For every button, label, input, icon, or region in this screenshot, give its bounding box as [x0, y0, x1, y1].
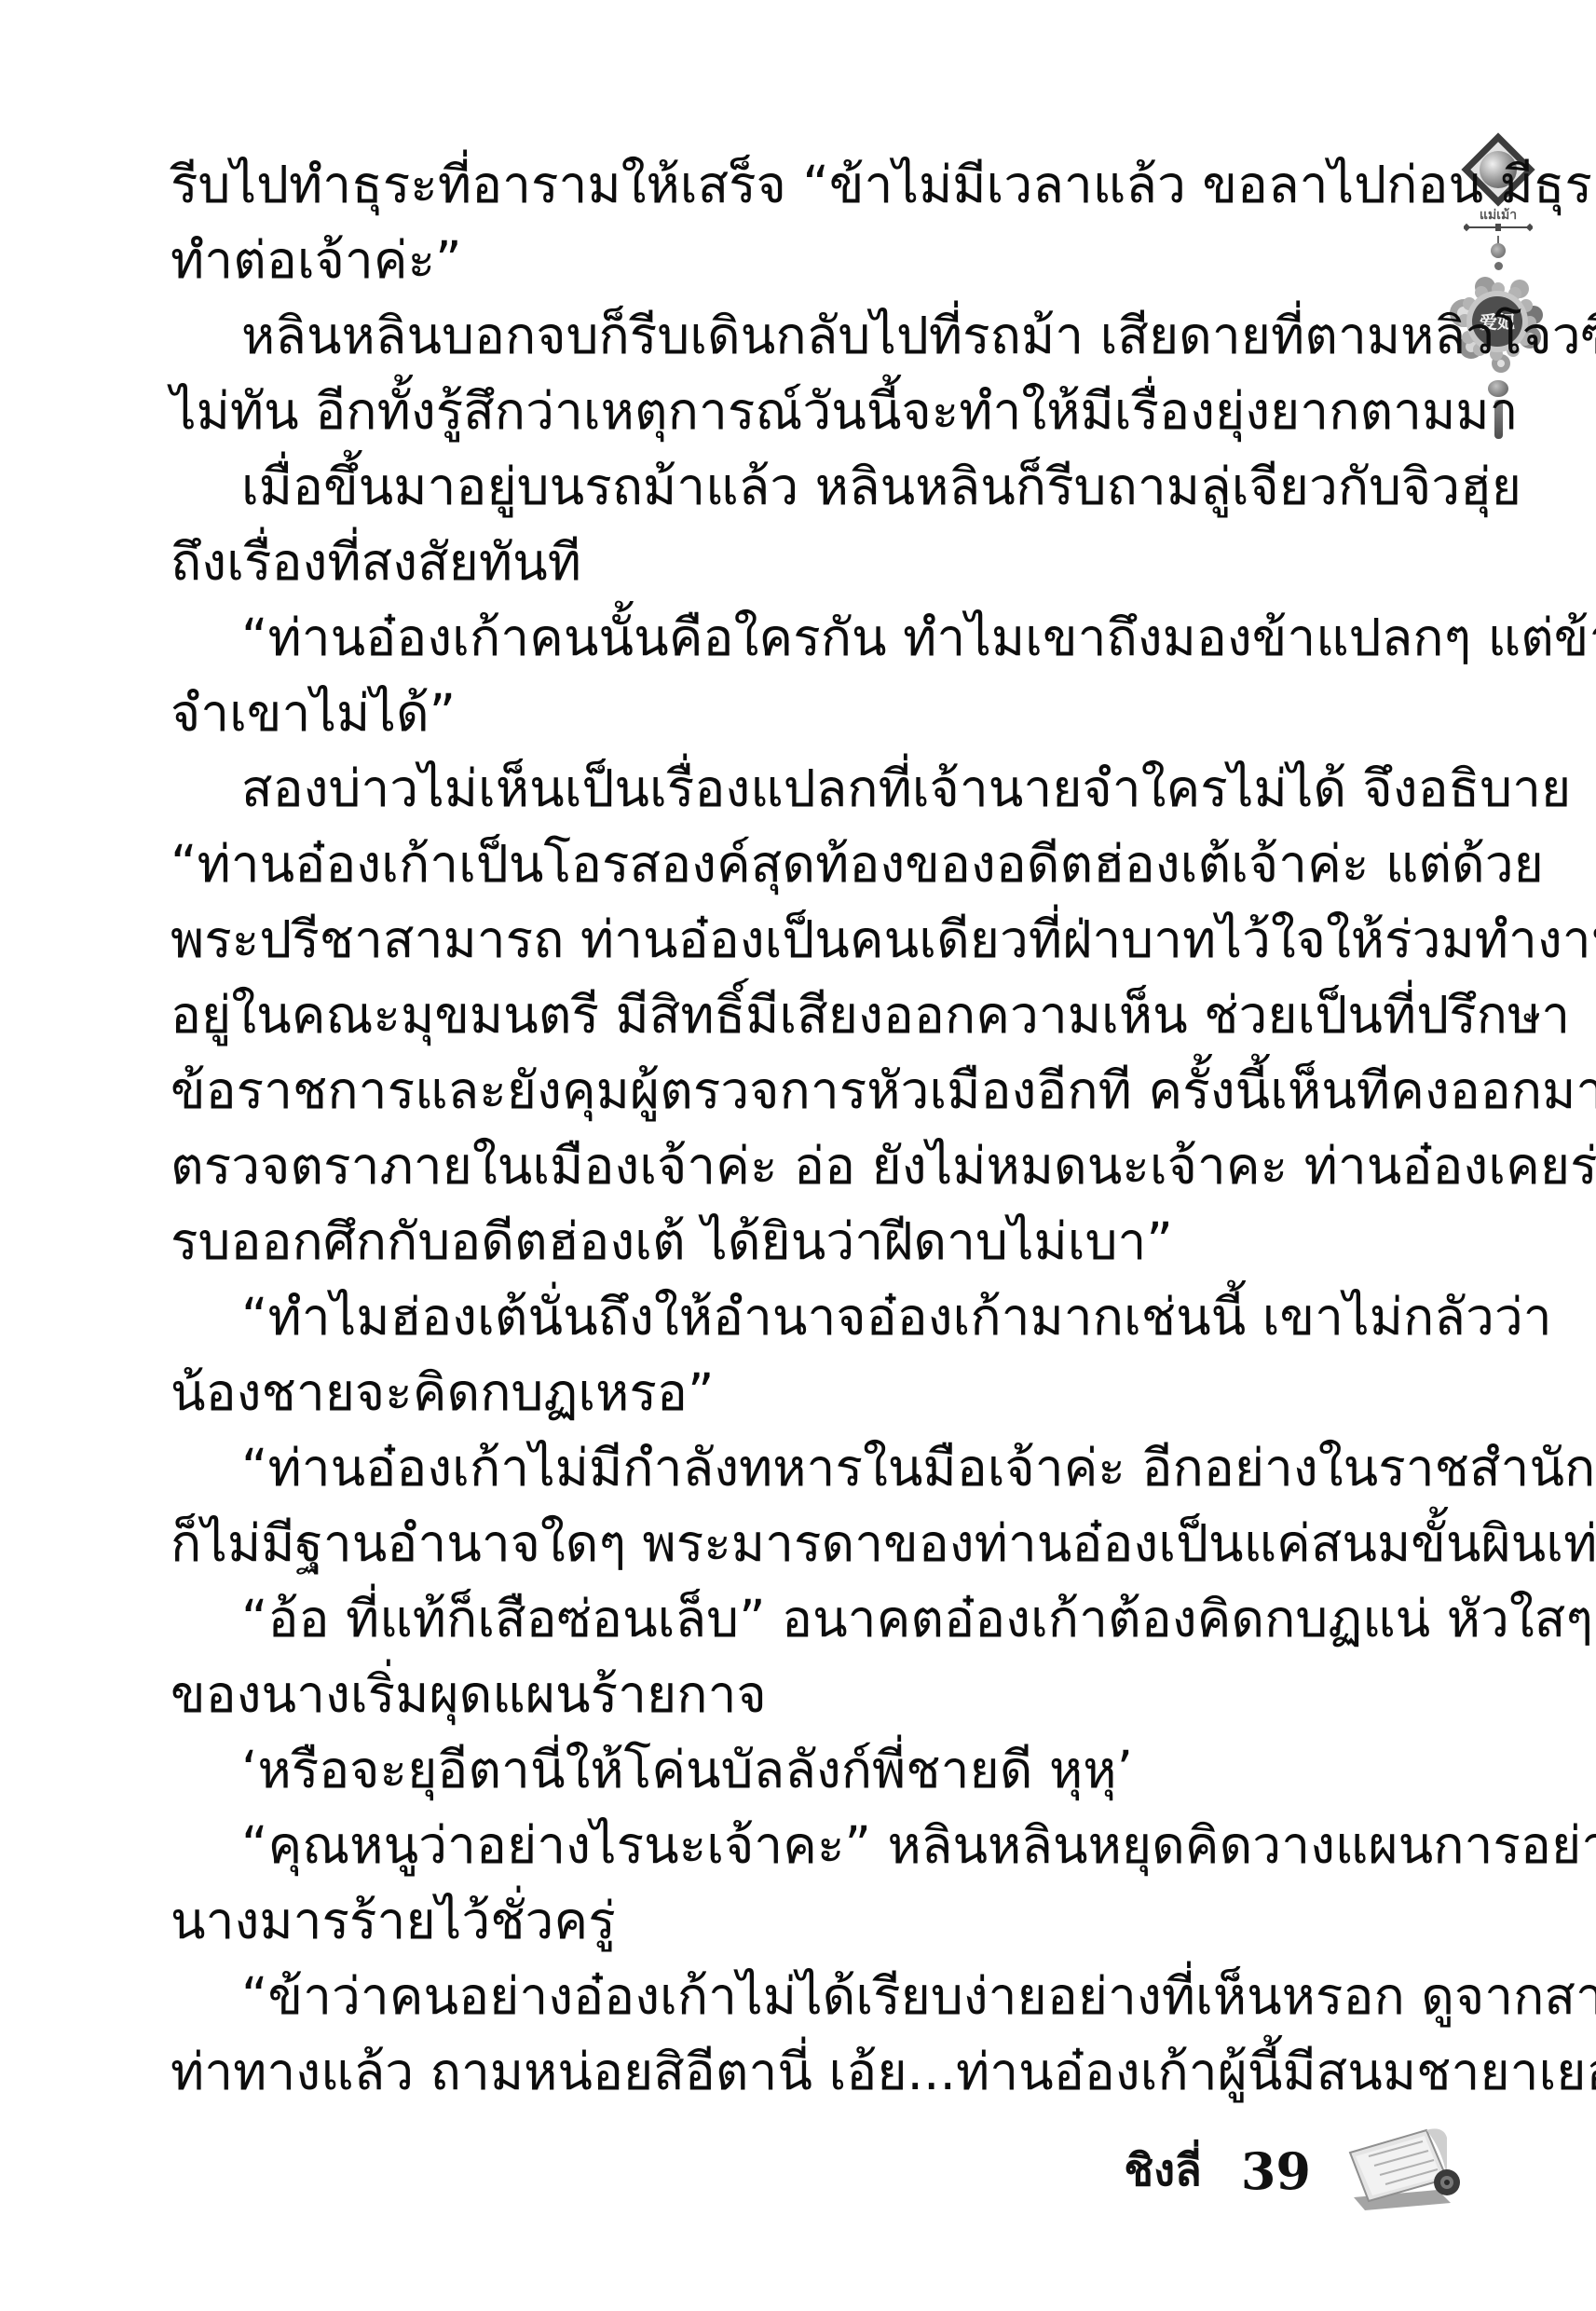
text-line: พระปรีชาสามารถ ท่านอ๋องเป็นคนเดียวที่ฝ่า…	[171, 902, 1449, 978]
text-line: หลินหลินบอกจบก็รีบเดินกลับไปที่รถม้า เสี…	[171, 298, 1449, 374]
text-line: เมื่อขึ้นมาอยู่บนรถม้าแล้ว หลินหลินก็รีบ…	[171, 449, 1449, 525]
text-line: สองบ่าวไม่เห็นเป็นเรื่องแปลกที่เจ้านายจำ…	[171, 751, 1449, 827]
page-footer: ชิงลี่ 39	[1124, 2125, 1467, 2218]
paragraph: “ท่านอ๋องเก้าไม่มีกำลังทหารในมือเจ้าค่ะ …	[171, 1430, 1449, 1581]
ornament-string	[1497, 236, 1499, 243]
text-line: “ท่านอ๋องเก้าคนนั้นคือใครกัน ทำไมเขาถึงม…	[171, 600, 1449, 676]
text-line: นางมารร้ายไว้ชั่วครู่	[171, 1883, 1449, 1959]
text-line: น้องชายจะคิดกบฏเหรอ”	[171, 1355, 1449, 1430]
text-line: ท่าทางแล้ว ถามหน่อยสิอีตานี่ เอ้ย...ท่าน…	[171, 2034, 1449, 2110]
text-line: ตรวจตราภายในเมืองเจ้าค่ะ อ่อ ยังไม่หมดนะ…	[171, 1128, 1449, 1204]
text-line: อยู่ในคณะมุขมนตรี มีสิทธิ์มีเสียงออกความ…	[171, 978, 1449, 1053]
knot-bead-icon	[1491, 243, 1506, 258]
paragraph: “คุณหนูว่าอย่างไรนะเจ้าคะ” หลินหลินหยุดค…	[171, 1808, 1449, 1959]
page-number: 39	[1241, 2129, 1311, 2213]
paragraph: สองบ่าวไม่เห็นเป็นเรื่องแปลกที่เจ้านายจำ…	[171, 751, 1449, 1279]
paragraph: เมื่อขึ้นมาอยู่บนรถม้าแล้ว หลินหลินก็รีบ…	[171, 449, 1449, 600]
text-line: ก็ไม่มีฐานอำนาจใดๆ พระมารดาของท่านอ๋องเป…	[171, 1506, 1449, 1581]
text-line: ทำต่อเจ้าค่ะ”	[171, 223, 1449, 298]
text-line: ไม่ทัน อีกทั้งรู้สึกว่าเหตุการณ์วันนี้จะ…	[171, 374, 1449, 449]
paragraph: “ทำไมฮ่องเต้นั่นถึงให้อำนาจอ๋องเก้ามากเช…	[171, 1279, 1449, 1430]
ornament-bar-icon	[1464, 223, 1533, 232]
text-line: รบออกศึกกับอดีตฮ่องเต้ ได้ยินว่าฝีดาบไม่…	[171, 1204, 1449, 1279]
text-line: “ทำไมฮ่องเต้นั่นถึงให้อำนาจอ๋องเก้ามากเช…	[171, 1279, 1449, 1355]
text-line: ‘หรือจะยุอีตานี่ให้โค่นบัลลังก์พี่ชายดี …	[171, 1732, 1449, 1808]
book-page: แม่เม้า	[0, 0, 1596, 2311]
chapter-title: ชิงลี่	[1124, 2129, 1202, 2213]
text-line: ข้อราชการและยังคุมผู้ตรวจการหัวเมืองอีกท…	[171, 1053, 1449, 1128]
text-line: ถึงเรื่องที่สงสัยทันที	[171, 525, 1449, 600]
text-line: “คุณหนูว่าอย่างไรนะเจ้าคะ” หลินหลินหยุดค…	[171, 1808, 1449, 1883]
text-line: “ท่านอ๋องเก้าไม่มีกำลังทหารในมือเจ้าค่ะ …	[171, 1430, 1449, 1506]
paragraph: หลินหลินบอกจบก็รีบเดินกลับไปที่รถม้า เสี…	[171, 298, 1449, 449]
small-bead-icon	[1494, 262, 1503, 270]
paragraph: “ท่านอ๋องเก้าคนนั้นคือใครกัน ทำไมเขาถึงม…	[171, 600, 1449, 751]
paragraph: รีบไปทำธุระที่อารามให้เสร็จ “ข้าไม่มีเวล…	[171, 147, 1449, 298]
text-line: “ข้าว่าคนอย่างอ๋องเก้าไม่ได้เรียบง่ายอย่…	[171, 1959, 1449, 2034]
paragraph: “ข้าว่าคนอย่างอ๋องเก้าไม่ได้เรียบง่ายอย่…	[171, 1959, 1449, 2110]
text-line: รีบไปทำธุระที่อารามให้เสร็จ “ข้าไม่มีเวล…	[171, 147, 1449, 223]
text-line: “ท่านอ๋องเก้าเป็นโอรสองค์สุดท้องของอดีตฮ…	[171, 827, 1449, 902]
text-line: จำเขาไม่ได้”	[171, 676, 1449, 751]
text-line: ของนางเริ่มผุดแผนร้ายกาจ	[171, 1657, 1449, 1732]
scroll-book-icon	[1337, 2125, 1467, 2218]
paragraph: ‘หรือจะยุอีตานี่ให้โค่นบัลลังก์พี่ชายดี …	[171, 1732, 1449, 1808]
paragraph: “อ้อ ที่แท้ก็เสือซ่อนเล็บ” อนาคตอ๋องเก้า…	[171, 1581, 1449, 1732]
page-body: รีบไปทำธุระที่อารามให้เสร็จ “ข้าไม่มีเวล…	[171, 147, 1449, 2110]
text-line: “อ้อ ที่แท้ก็เสือซ่อนเล็บ” อนาคตอ๋องเก้า…	[171, 1581, 1449, 1657]
